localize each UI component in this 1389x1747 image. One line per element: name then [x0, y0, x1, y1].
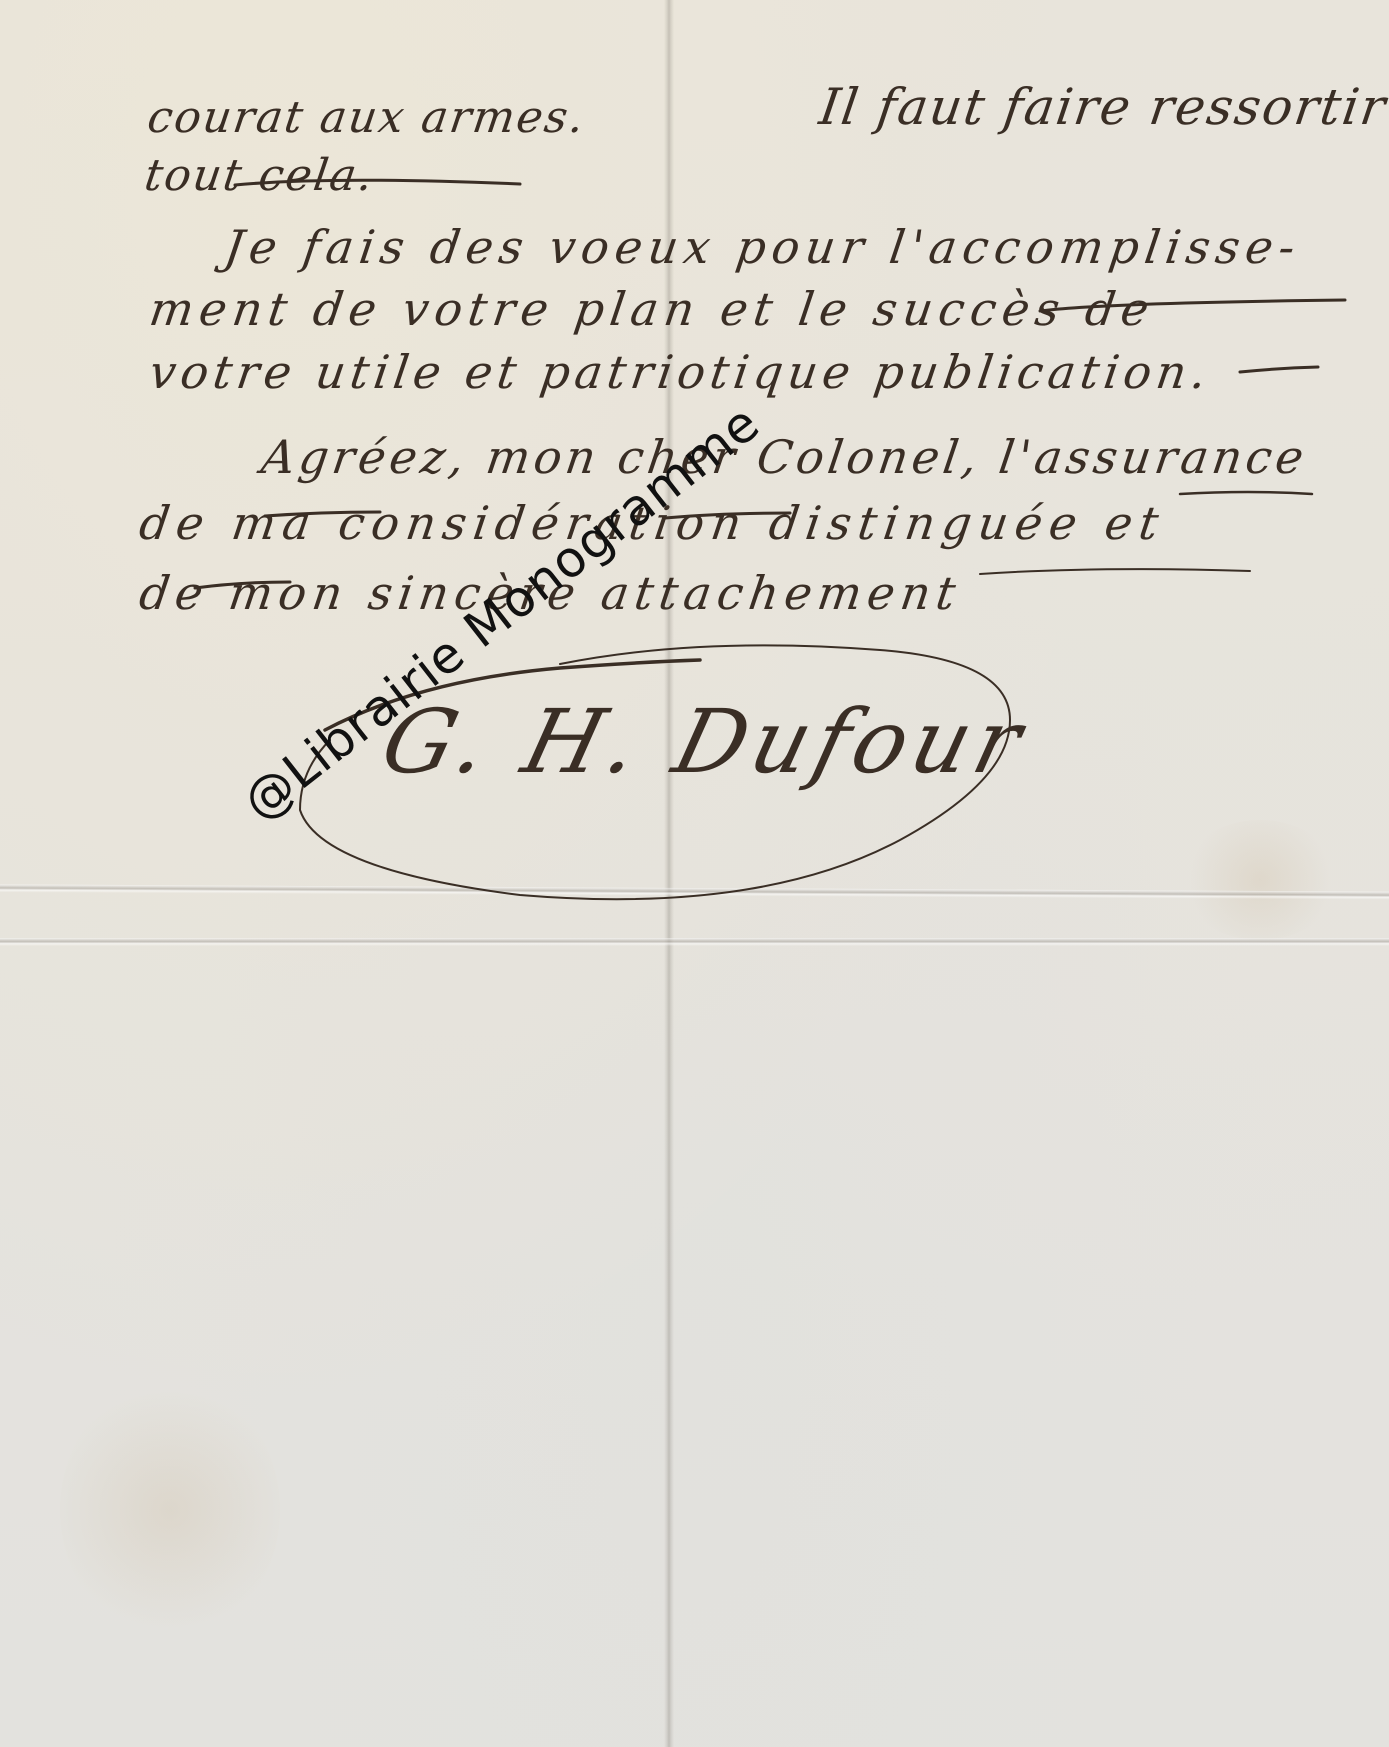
letter-page: courat aux armes. Il faut faire ressorti… — [0, 0, 1389, 1747]
pen-flourishes — [0, 0, 1389, 1747]
signature: G. H. Dufour — [372, 690, 1037, 793]
